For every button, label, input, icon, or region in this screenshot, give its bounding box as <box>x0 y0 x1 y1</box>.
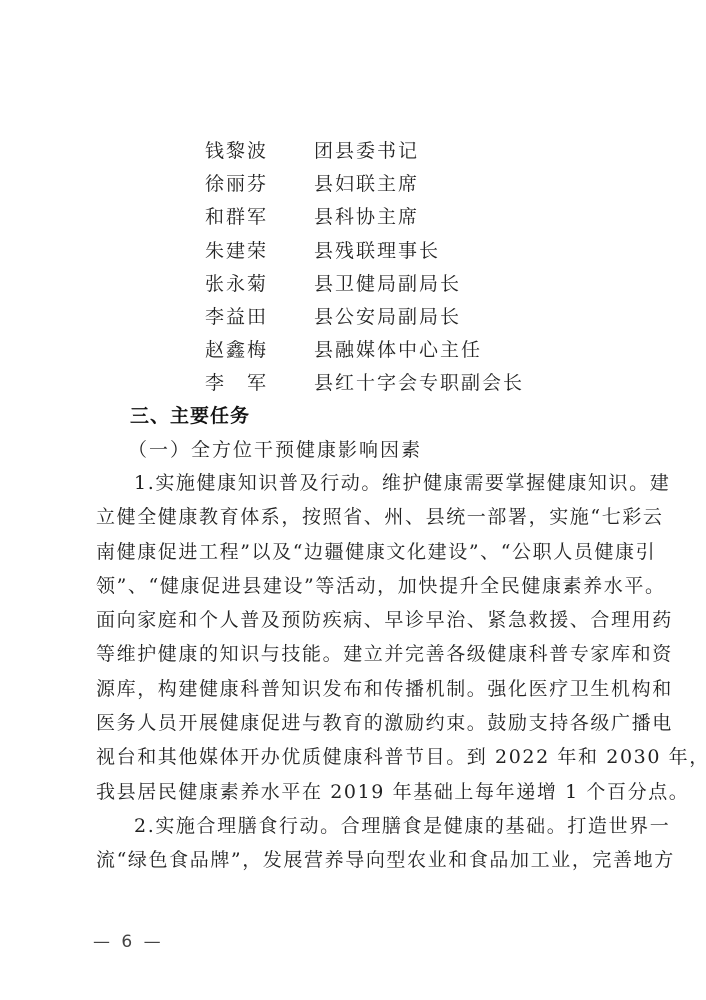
paragraph-line: 视台和其他媒体开办优质健康科普节目。到 2022 年和 2030 年， <box>96 740 644 774</box>
member-name: 徐丽芬 <box>205 169 314 196</box>
sub-heading: （一）全方位干预健康影响因素 <box>128 435 422 462</box>
roster-row: 钱黎波 团县委书记 <box>205 133 524 166</box>
member-roster: 钱黎波 团县委书记 徐丽芬 县妇联主席 和群军 县科协主席 朱建荣 县残联理事长… <box>205 133 524 399</box>
member-name: 李益田 <box>205 302 314 329</box>
member-title: 县卫健局副局长 <box>314 269 461 296</box>
roster-row: 和群军 县科协主席 <box>205 199 524 232</box>
member-name: 赵鑫梅 <box>205 335 314 362</box>
paragraph-line: 医务人员开展健康促进与教育的激励约束。鼓励支持各级广播电 <box>96 706 644 740</box>
paragraph-line: 源库，构建健康科普知识发布和传播机制。强化医疗卫生机构和 <box>96 672 644 706</box>
member-title: 县公安局副局长 <box>314 302 461 329</box>
roster-row: 李 军 县红十字会专职副会长 <box>205 365 524 398</box>
roster-row: 李益田 县公安局副局长 <box>205 299 524 332</box>
paragraph-line: 流“绿色食品牌”，发展营养导向型农业和食品加工业，完善地方 <box>96 843 644 877</box>
paragraph-health-knowledge: 1.实施健康知识普及行动。维护健康需要掌握健康知识。建 立健全健康教育体系，按照… <box>96 466 644 809</box>
paragraph-line: 南健康促进工程”以及“边疆健康文化建设”、“公职人员健康引 <box>96 535 644 569</box>
member-name: 钱黎波 <box>205 136 314 163</box>
member-name: 和群军 <box>205 202 314 229</box>
roster-row: 赵鑫梅 县融媒体中心主任 <box>205 332 524 365</box>
member-title: 县融媒体中心主任 <box>314 335 482 362</box>
roster-row: 张永菊 县卫健局副局长 <box>205 266 524 299</box>
member-title: 团县委书记 <box>314 136 419 163</box>
member-title: 县科协主席 <box>314 202 419 229</box>
paragraph-line: 我县居民健康素养水平在 2019 年基础上每年递增 1 个百分点。 <box>96 775 644 809</box>
paragraph-line: 1.实施健康知识普及行动。维护健康需要掌握健康知识。建 <box>96 466 644 500</box>
section-heading: 三、主要任务 <box>130 401 250 428</box>
paragraph-line: 面向家庭和个人普及预防疾病、早诊早治、紧急救援、合理用药 <box>96 603 644 637</box>
paragraph-line: 立健全健康教育体系，按照省、州、县统一部署，实施“七彩云 <box>96 500 644 534</box>
page-number: — 6 — <box>93 932 164 952</box>
paragraph-line: 2.实施合理膳食行动。合理膳食是健康的基础。打造世界一 <box>96 809 644 843</box>
member-name: 李 军 <box>205 368 314 395</box>
roster-row: 朱建荣 县残联理事长 <box>205 233 524 266</box>
member-name: 张永菊 <box>205 269 314 296</box>
paragraph-diet: 2.实施合理膳食行动。合理膳食是健康的基础。打造世界一 流“绿色食品牌”，发展营… <box>96 809 644 878</box>
paragraph-line: 等维护健康的知识与技能。建立并完善各级健康科普专家库和资 <box>96 637 644 671</box>
member-title: 县妇联主席 <box>314 169 419 196</box>
paragraph-line: 领”、“健康促进县建设”等活动，加快提升全民健康素养水平。 <box>96 569 644 603</box>
roster-row: 徐丽芬 县妇联主席 <box>205 166 524 199</box>
member-name: 朱建荣 <box>205 236 314 263</box>
document-page: 钱黎波 团县委书记 徐丽芬 县妇联主席 和群军 县科协主席 朱建荣 县残联理事长… <box>0 0 706 1000</box>
member-title: 县红十字会专职副会长 <box>314 368 524 395</box>
member-title: 县残联理事长 <box>314 236 440 263</box>
